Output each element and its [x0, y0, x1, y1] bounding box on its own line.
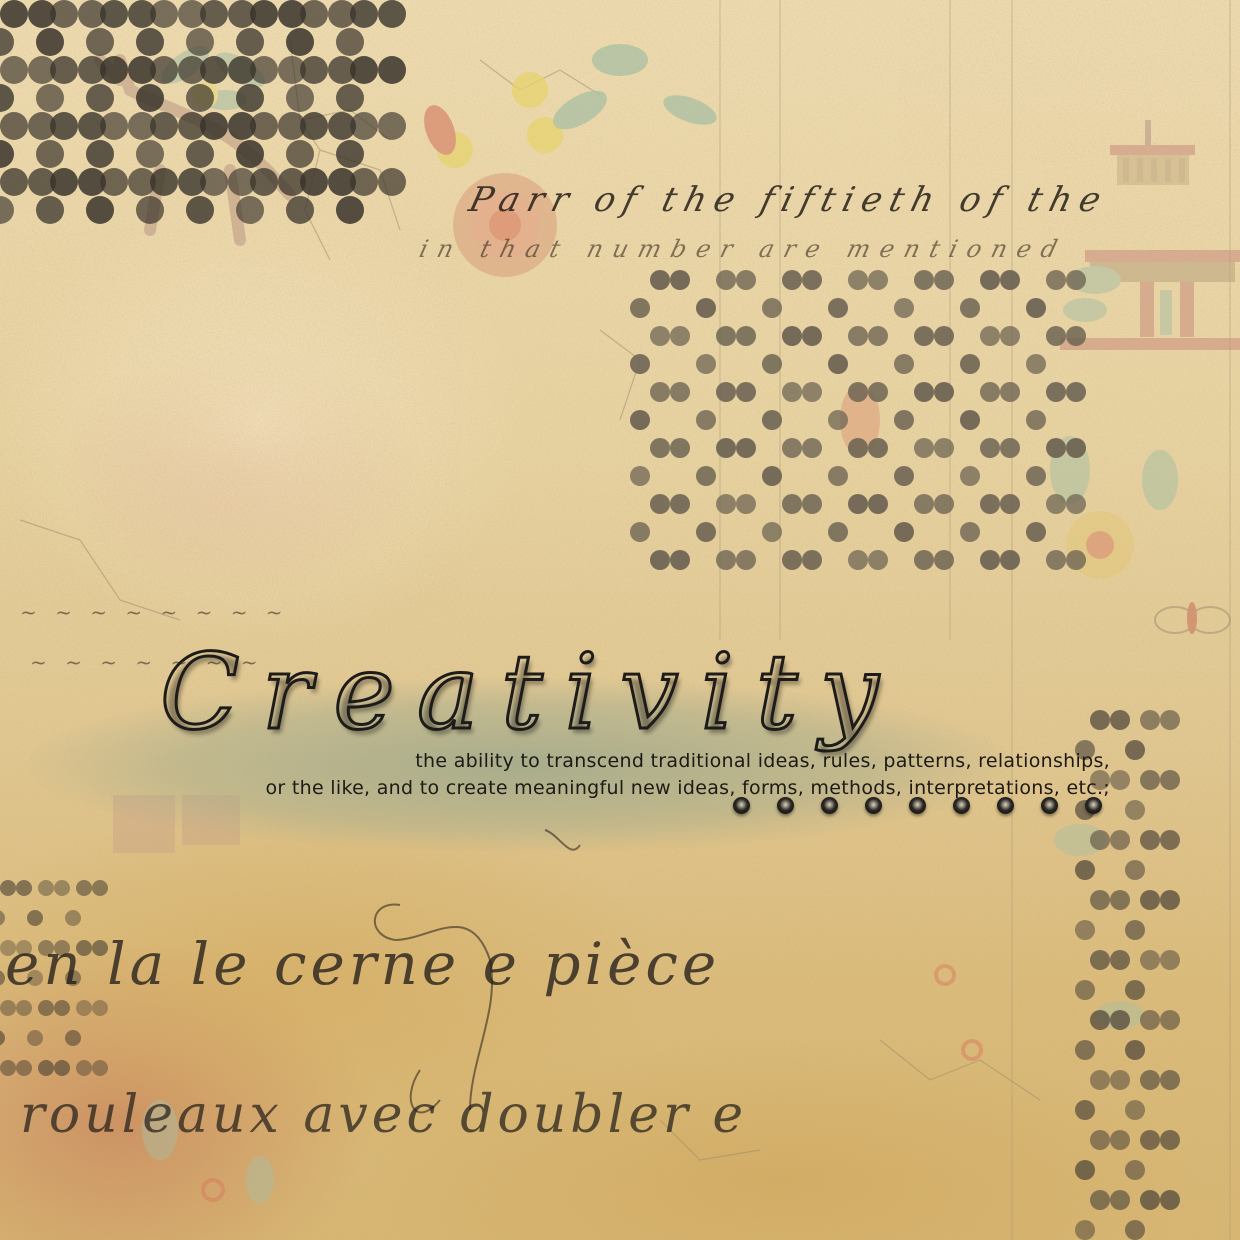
- decorative-dot: [236, 196, 264, 224]
- decorative-dot: [136, 28, 164, 56]
- decorative-dot: [86, 196, 114, 224]
- decorative-dot: [336, 84, 364, 112]
- decorative-dot: [150, 0, 178, 28]
- decorative-dot: [250, 0, 278, 28]
- decorative-dot: [848, 550, 868, 570]
- decorative-dot: [236, 84, 264, 112]
- decorative-dot: [1125, 1220, 1145, 1240]
- decorative-dot: [1140, 950, 1160, 970]
- decorative-dot: [0, 1000, 16, 1016]
- round-brad-icon: [821, 797, 838, 814]
- decorative-dot: [782, 438, 802, 458]
- round-brad-icon: [733, 797, 750, 814]
- decorative-dot: [0, 910, 5, 926]
- decorative-dot: [0, 1060, 16, 1076]
- decorative-dot: [1090, 950, 1110, 970]
- decorative-dot: [54, 1060, 70, 1076]
- decorative-dot: [1140, 1010, 1160, 1030]
- decorative-dot: [1125, 980, 1145, 1000]
- decorative-dot: [0, 0, 28, 28]
- decorative-dot: [1075, 980, 1095, 1000]
- decorative-dot: [868, 326, 888, 346]
- decorative-dot: [670, 494, 690, 514]
- decorative-dot: [1125, 1040, 1145, 1060]
- decorative-dot: [1160, 1190, 1180, 1210]
- script-lower-left-1: en la le cerne e pièce: [5, 930, 720, 998]
- decorative-dot: [894, 354, 914, 374]
- decorative-dot: [782, 382, 802, 402]
- decorative-dot: [1140, 830, 1160, 850]
- decorative-dot: [650, 270, 670, 290]
- decorative-dot: [848, 438, 868, 458]
- decorative-dot: [300, 168, 328, 196]
- decorative-dot: [960, 410, 980, 430]
- decorative-dot: [1090, 1130, 1110, 1150]
- decorative-dot: [736, 494, 756, 514]
- decorative-dot: [278, 56, 306, 84]
- decorative-dot: [736, 270, 756, 290]
- decorative-dot: [328, 0, 356, 28]
- script-lower-left-2: rouleaux avec doubler e: [20, 1085, 747, 1145]
- decorative-dot: [1110, 1190, 1130, 1210]
- decorative-dot: [136, 140, 164, 168]
- decorative-dot: [28, 112, 56, 140]
- pagoda-motif: [1055, 110, 1240, 350]
- decorative-dot: [278, 168, 306, 196]
- decorative-dot: [78, 112, 106, 140]
- round-brad-icon: [1085, 797, 1102, 814]
- decorative-dot: [1090, 830, 1110, 850]
- decorative-dot: [828, 466, 848, 486]
- decorative-dot: [782, 550, 802, 570]
- decorative-dot: [1160, 830, 1180, 850]
- decorative-dot: [186, 140, 214, 168]
- round-brad-icon: [1041, 797, 1058, 814]
- decorative-dot: [670, 382, 690, 402]
- decorative-dot: [894, 298, 914, 318]
- decorative-dot: [236, 140, 264, 168]
- decorative-dot: [848, 494, 868, 514]
- decorative-dot: [1046, 550, 1066, 570]
- decorative-dot: [38, 880, 54, 896]
- decorative-dot: [802, 382, 822, 402]
- decorative-dot: [136, 196, 164, 224]
- decorative-dot: [868, 438, 888, 458]
- decorative-dot: [92, 1060, 108, 1076]
- decorative-dot: [278, 112, 306, 140]
- decorative-dot: [1026, 466, 1046, 486]
- decorative-dot: [960, 354, 980, 374]
- decorative-dot: [802, 494, 822, 514]
- decorative-dot: [1160, 770, 1180, 790]
- decorative-dot: [200, 168, 228, 196]
- decorative-dot: [980, 494, 1000, 514]
- decorative-dot: [1026, 354, 1046, 374]
- decorative-dot: [0, 1030, 5, 1046]
- decorative-dot: [914, 494, 934, 514]
- decorative-dot: [914, 550, 934, 570]
- decorative-dot: [65, 910, 81, 926]
- decorative-dot: [1110, 830, 1130, 850]
- decorative-dot: [378, 56, 406, 84]
- decorative-dot: [650, 494, 670, 514]
- decorative-dot: [100, 112, 128, 140]
- decorative-dot: [670, 270, 690, 290]
- decorative-dot: [1160, 1130, 1180, 1150]
- decorative-dot: [27, 910, 43, 926]
- decorative-dot: [1160, 950, 1180, 970]
- decorative-dot: [716, 382, 736, 402]
- decorative-dot: [1125, 1100, 1145, 1120]
- decorative-dot: [0, 56, 28, 84]
- decorative-dot: [336, 140, 364, 168]
- decorative-dot: [736, 438, 756, 458]
- round-brad-icon: [777, 797, 794, 814]
- decorative-dot: [960, 466, 980, 486]
- decorative-dot: [1125, 860, 1145, 880]
- decorative-dot: [696, 466, 716, 486]
- decorative-dot: [228, 168, 256, 196]
- decorative-dot: [960, 298, 980, 318]
- decorative-dot: [1110, 770, 1130, 790]
- decorative-dot: [350, 0, 378, 28]
- decorative-dot: [178, 168, 206, 196]
- decorative-dot: [1110, 1130, 1130, 1150]
- decorative-dot: [1110, 710, 1130, 730]
- decorative-dot: [1160, 1010, 1180, 1030]
- decorative-dot: [36, 196, 64, 224]
- decorative-dot: [716, 438, 736, 458]
- decorative-dot: [200, 112, 228, 140]
- decorative-dot: [736, 550, 756, 570]
- decorative-dot: [250, 168, 278, 196]
- decorative-dot: [250, 112, 278, 140]
- decorative-dot: [1000, 438, 1020, 458]
- dot-grid-bottom-right: [1090, 710, 1240, 1240]
- decorative-dot: [50, 0, 78, 28]
- decorative-dot: [100, 0, 128, 28]
- decorative-dot: [934, 438, 954, 458]
- decorative-dot: [350, 168, 378, 196]
- decorative-dot: [762, 354, 782, 374]
- decorative-dot: [0, 112, 28, 140]
- decorative-dot: [848, 382, 868, 402]
- decorative-dot: [1160, 710, 1180, 730]
- decorative-dot: [86, 140, 114, 168]
- decorative-dot: [1075, 1160, 1095, 1180]
- decorative-dot: [178, 112, 206, 140]
- decorative-dot: [38, 1060, 54, 1076]
- decorative-dot: [1160, 1070, 1180, 1090]
- decorative-dot: [54, 1000, 70, 1016]
- decorative-dot: [894, 522, 914, 542]
- decorative-dot: [868, 550, 888, 570]
- decorative-dot: [736, 326, 756, 346]
- decorative-dot: [868, 382, 888, 402]
- decorative-dot: [1140, 770, 1160, 790]
- definition-line-1: the ability to transcend traditional ide…: [130, 748, 1110, 775]
- decorative-dot: [868, 494, 888, 514]
- decorative-dot: [1090, 890, 1110, 910]
- decorative-dot: [36, 28, 64, 56]
- decorative-dot: [914, 270, 934, 290]
- round-brad-icon: [997, 797, 1014, 814]
- decorative-dot: [16, 1060, 32, 1076]
- decorative-dot: [960, 522, 980, 542]
- decorative-dot: [670, 438, 690, 458]
- decorative-dot: [0, 140, 14, 168]
- script-left-snippet-1: ~ ~ ~ ~ ~ ~ ~ ~: [20, 600, 289, 624]
- decorative-dot: [630, 298, 650, 318]
- decorative-dot: [716, 326, 736, 346]
- decorative-dot: [1066, 494, 1086, 514]
- decorative-dot: [934, 270, 954, 290]
- decorative-dot: [78, 56, 106, 84]
- decorative-dot: [200, 0, 228, 28]
- decorative-dot: [650, 438, 670, 458]
- decorative-dot: [696, 298, 716, 318]
- decorative-dot: [128, 56, 156, 84]
- decorative-dot: [1066, 382, 1086, 402]
- decorative-dot: [328, 56, 356, 84]
- decorative-dot: [178, 56, 206, 84]
- decorative-dot: [782, 494, 802, 514]
- decorative-dot: [1075, 1220, 1095, 1240]
- decorative-dot: [78, 0, 106, 28]
- decorative-dot: [300, 0, 328, 28]
- decorative-dot: [1110, 890, 1130, 910]
- scrapbook-page: Parr of the fiftieth of the in that numb…: [0, 0, 1240, 1240]
- decorative-dot: [86, 28, 114, 56]
- decorative-dot: [894, 466, 914, 486]
- decorative-dot: [980, 326, 1000, 346]
- decorative-dot: [36, 84, 64, 112]
- decorative-dot: [980, 270, 1000, 290]
- decorative-dot: [782, 270, 802, 290]
- decorative-dot: [0, 196, 14, 224]
- decorative-dot: [1140, 1130, 1160, 1150]
- decorative-dot: [336, 28, 364, 56]
- decorative-dot: [1125, 800, 1145, 820]
- decorative-dot: [980, 550, 1000, 570]
- decorative-dot: [828, 354, 848, 374]
- decorative-dot: [1000, 550, 1020, 570]
- decorative-dot: [28, 168, 56, 196]
- decorative-dot: [100, 168, 128, 196]
- decorative-dot: [802, 326, 822, 346]
- decorative-dot: [762, 522, 782, 542]
- decorative-dot: [1075, 1100, 1095, 1120]
- decorative-dot: [328, 112, 356, 140]
- decorative-dot: [65, 1030, 81, 1046]
- decorative-dot: [28, 0, 56, 28]
- decorative-dot: [378, 112, 406, 140]
- decorative-dot: [16, 880, 32, 896]
- decorative-dot: [300, 56, 328, 84]
- decorative-dot: [716, 270, 736, 290]
- decorative-dot: [848, 270, 868, 290]
- decorative-dot: [336, 196, 364, 224]
- decorative-dot: [934, 550, 954, 570]
- decorative-dot: [1110, 950, 1130, 970]
- decorative-dot: [36, 140, 64, 168]
- decorative-dot: [286, 84, 314, 112]
- decorative-dot: [38, 1000, 54, 1016]
- decorative-dot: [670, 550, 690, 570]
- decorative-dot: [200, 56, 228, 84]
- decorative-dot: [54, 880, 70, 896]
- decorative-dot: [762, 298, 782, 318]
- decorative-dot: [1110, 1070, 1130, 1090]
- decorative-dot: [828, 298, 848, 318]
- definition-text: the ability to transcend traditional ide…: [130, 748, 1110, 802]
- title-creativity: Creativity: [160, 640, 900, 744]
- decorative-dot: [828, 522, 848, 542]
- decorative-dot: [1140, 710, 1160, 730]
- decorative-dot: [828, 410, 848, 430]
- decorative-dot: [1026, 298, 1046, 318]
- decorative-dot: [1075, 920, 1095, 940]
- decorative-dot: [802, 270, 822, 290]
- decorative-dot: [1046, 438, 1066, 458]
- decorative-dot: [650, 550, 670, 570]
- decorative-dot: [630, 410, 650, 430]
- decorative-dot: [650, 326, 670, 346]
- script-upper-right-2: in that number are mentioned: [417, 235, 1071, 263]
- decorative-dot: [696, 522, 716, 542]
- decorative-dot: [802, 550, 822, 570]
- decorative-dot: [1140, 1190, 1160, 1210]
- dot-grid-top-left: [0, 0, 420, 260]
- decorative-dot: [1026, 522, 1046, 542]
- decorative-dot: [92, 880, 108, 896]
- decorative-dot: [762, 466, 782, 486]
- decorative-dot: [27, 1030, 43, 1046]
- decorative-dot: [78, 168, 106, 196]
- decorative-dot: [128, 168, 156, 196]
- decorative-dot: [228, 56, 256, 84]
- decorative-dot: [1026, 410, 1046, 430]
- decorative-dot: [716, 494, 736, 514]
- decorative-dot: [934, 494, 954, 514]
- decorative-dot: [100, 56, 128, 84]
- decorative-dot: [378, 168, 406, 196]
- decorative-dot: [378, 0, 406, 28]
- decorative-dot: [848, 326, 868, 346]
- decorative-dot: [1160, 890, 1180, 910]
- decorative-dot: [328, 168, 356, 196]
- decorative-dot: [228, 0, 256, 28]
- decorative-dot: [980, 382, 1000, 402]
- decorative-dot: [762, 410, 782, 430]
- round-brad-icon: [953, 797, 970, 814]
- decorative-dot: [0, 84, 14, 112]
- decorative-dot: [350, 112, 378, 140]
- decorative-dot: [76, 880, 92, 896]
- decorative-dot: [914, 382, 934, 402]
- decorative-dot: [1090, 1010, 1110, 1030]
- decorative-dot: [228, 112, 256, 140]
- decorative-dot: [782, 326, 802, 346]
- decorative-dot: [716, 550, 736, 570]
- decorative-dot: [630, 354, 650, 374]
- decorative-dot: [1125, 920, 1145, 940]
- decorative-dot: [630, 522, 650, 542]
- decorative-dot: [1075, 1040, 1095, 1060]
- decorative-dot: [300, 112, 328, 140]
- decorative-dot: [150, 168, 178, 196]
- decorative-dot: [1000, 494, 1020, 514]
- decorative-dot: [696, 354, 716, 374]
- decorative-dot: [696, 410, 716, 430]
- decorative-dot: [128, 112, 156, 140]
- decorative-dot: [1125, 740, 1145, 760]
- decorative-dot: [286, 140, 314, 168]
- decorative-dot: [630, 466, 650, 486]
- decorative-dot: [0, 880, 16, 896]
- decorative-dot: [28, 56, 56, 84]
- decorative-dot: [934, 326, 954, 346]
- decorative-dot: [1090, 1190, 1110, 1210]
- decorative-dot: [802, 438, 822, 458]
- decorative-dot: [86, 84, 114, 112]
- decorative-dot: [186, 196, 214, 224]
- decorative-dot: [16, 1000, 32, 1016]
- round-brad-icon: [865, 797, 882, 814]
- decorative-dot: [350, 56, 378, 84]
- decorative-dot: [980, 438, 1000, 458]
- decorative-dot: [50, 168, 78, 196]
- decorative-dot: [150, 56, 178, 84]
- decorative-dot: [1000, 270, 1020, 290]
- decorative-dot: [1046, 494, 1066, 514]
- decorative-dot: [150, 112, 178, 140]
- decorative-dot: [1066, 438, 1086, 458]
- decorative-dot: [868, 270, 888, 290]
- decorative-dot: [1090, 710, 1110, 730]
- decorative-dot: [92, 1000, 108, 1016]
- decorative-dot: [914, 326, 934, 346]
- decorative-dot: [0, 168, 28, 196]
- decorative-dot: [76, 1000, 92, 1016]
- decorative-dot: [934, 382, 954, 402]
- decorative-dot: [50, 56, 78, 84]
- decorative-dot: [286, 28, 314, 56]
- decorative-dot: [186, 28, 214, 56]
- decorative-dot: [1000, 326, 1020, 346]
- decorative-dot: [1000, 382, 1020, 402]
- decorative-dot: [250, 56, 278, 84]
- script-upper-right-1: Parr of the fiftieth of the: [465, 180, 1113, 220]
- round-brad-icon: [909, 797, 926, 814]
- decorative-dot: [1075, 860, 1095, 880]
- decorative-dot: [278, 0, 306, 28]
- decorative-dot: [1140, 1070, 1160, 1090]
- decorative-dot: [128, 0, 156, 28]
- decorative-dot: [1110, 1010, 1130, 1030]
- decorative-dot: [736, 382, 756, 402]
- decorative-dot: [894, 410, 914, 430]
- decorative-dot: [0, 28, 14, 56]
- decorative-dot: [914, 438, 934, 458]
- decorative-dot: [1125, 1160, 1145, 1180]
- decorative-dot: [1140, 890, 1160, 910]
- decorative-dot: [236, 28, 264, 56]
- decorative-dot: [1046, 382, 1066, 402]
- decorative-dot: [1066, 550, 1086, 570]
- decorative-dot: [1090, 1070, 1110, 1090]
- decorative-dot: [178, 0, 206, 28]
